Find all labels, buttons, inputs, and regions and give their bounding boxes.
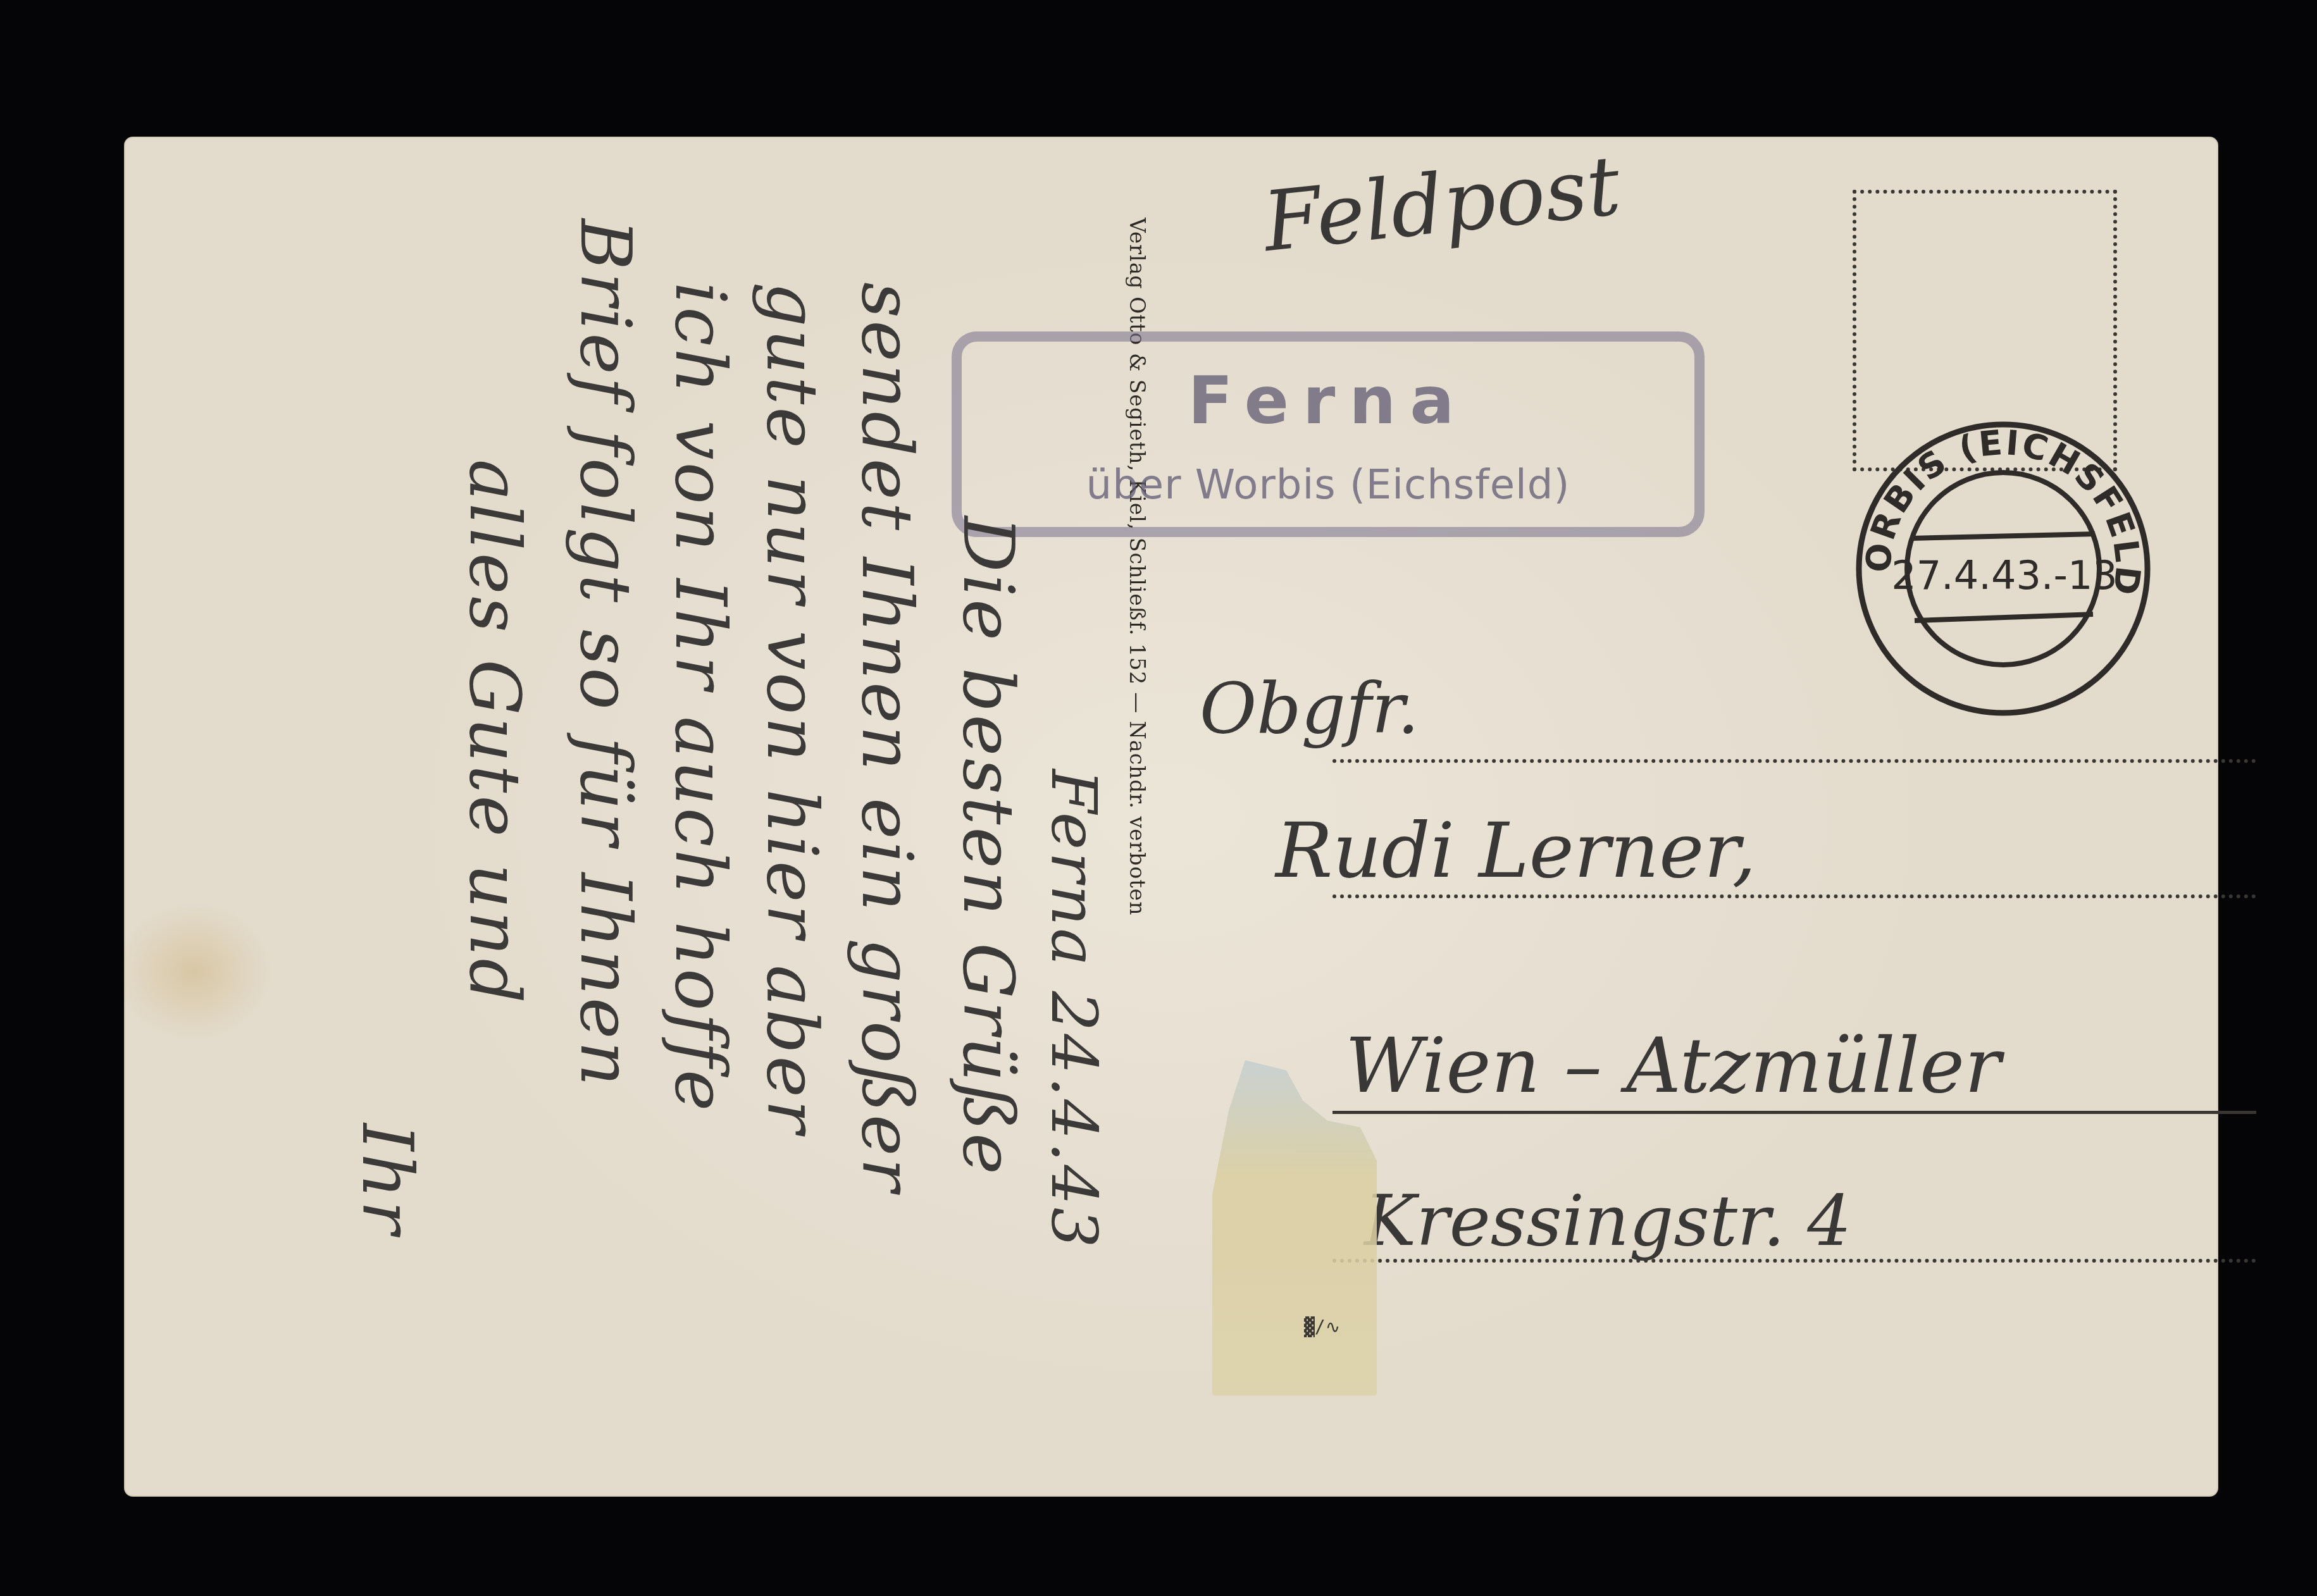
address-rank: Obgfr. — [1200, 668, 1419, 749]
message-date: Ferna 24.4.43 — [1037, 769, 1111, 1250]
message-line-3: gute nur von hier aber — [752, 282, 833, 1135]
postmark-date: 27.4.43.-13 — [1891, 552, 2118, 598]
address-name: Rudi Lerner, — [1276, 807, 1756, 895]
feldpost-annotation: Feldpost — [1259, 137, 1625, 270]
message-line-1: Die besten Grüße — [948, 516, 1029, 1177]
printer-mark: ▓/∿ — [1304, 1316, 1340, 1337]
message-line-6: alles Gute und — [454, 459, 535, 1006]
message-line-2: sendet Ihnen ein großer — [847, 282, 928, 1194]
postcard: Feldpost Verlag Otto & Segieth, Kiel, Sc… — [124, 137, 2218, 1497]
stamp-place-via: über Worbis (Eichsfeld) — [962, 462, 1694, 509]
address-line-1 — [1332, 759, 2256, 763]
address-city: Wien – Atzmüller — [1345, 1022, 2001, 1110]
message-line-7: Ihr — [347, 1123, 428, 1237]
place-rubber-stamp: Ferna über Worbis (Eichsfeld) — [952, 331, 1705, 537]
address-street: Kressingstr. 4 — [1364, 1180, 1851, 1261]
address-line-3 — [1332, 1111, 2256, 1114]
stamp-place-name: Ferna — [962, 362, 1694, 439]
postmark-cancellation: WORBIS (EICHSFELD) 27.4.43.-13 — [1832, 398, 2174, 739]
message-line-4: ich von Ihr auch hoffe — [660, 282, 741, 1113]
message-line-5: Brief folgt so für Ihnen — [565, 219, 646, 1089]
publisher-imprint: Verlag Otto & Segieth, Kiel, Schließf. 1… — [1122, 218, 1152, 915]
